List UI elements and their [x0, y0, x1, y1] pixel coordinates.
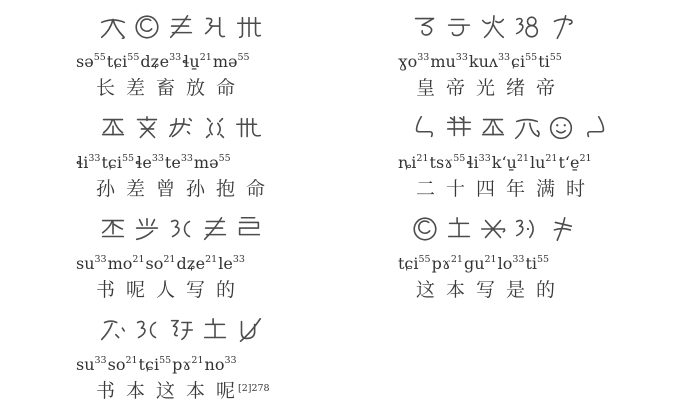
ipa-syllable: ti55: [525, 254, 550, 273]
tone-number: 33: [152, 153, 164, 164]
geba-glyph-row: [398, 210, 673, 244]
tone-number: 55: [550, 52, 562, 63]
ipa-syllable: tɕi55: [101, 153, 135, 172]
geba-glyph-zigzag-curl2: [580, 113, 610, 143]
geba-glyph-smiley: [546, 113, 576, 143]
geba-glyph-gong-riser: [444, 214, 474, 244]
ipa-syllable: gu21: [464, 254, 498, 273]
ipa-syllable: sə55: [76, 52, 107, 71]
ipa-syllable: tɕi55: [107, 52, 141, 71]
chinese-gloss-text: 孙差曾孙抱命: [96, 174, 276, 201]
geba-glyph-triple-stem: [234, 12, 264, 42]
script-entry: su33mo21so21dʑe21le33书呢人写的: [76, 210, 366, 303]
geba-glyph-gong-riser: [200, 315, 230, 345]
ipa-syllable: dʑe33: [140, 52, 182, 71]
tone-number: 33: [233, 254, 245, 265]
chinese-gloss: 长差畜放命: [76, 71, 366, 101]
geba-glyph-zigzag-curl: [410, 113, 440, 143]
tone-number: 33: [181, 153, 193, 164]
script-entry: ɣo33mu33kuʌ33ɕi55ti55皇帝光绪帝: [398, 8, 673, 101]
ipa-transcription: ɣo33mu33kuʌ33ɕi55ti55: [398, 42, 673, 71]
ipa-syllable: te33: [165, 153, 194, 172]
ipa-syllable: kʻu̱21: [492, 153, 530, 172]
column-right: ɣo33mu33kuʌ33ɕi55ti55皇帝光绪帝ȵi21tsɤ55ɬi33k…: [398, 8, 673, 311]
chinese-gloss: 孙差曾孙抱命: [76, 172, 366, 202]
tone-number: 33: [88, 153, 100, 164]
geba-glyph-wan: [166, 315, 196, 345]
ipa-syllable: ɕi55: [511, 52, 538, 71]
tone-number: 55: [219, 153, 231, 164]
tone-number: 21: [200, 52, 212, 63]
geba-glyph-row: [76, 311, 366, 345]
geba-glyph-fire: [478, 12, 508, 42]
script-entry: ȵi21tsɤ55ɬi33kʻu̱21lu21tʻe̱21二十四年满时: [398, 109, 673, 202]
ipa-syllable: le33: [218, 254, 246, 273]
geba-glyph-two-bar-hook: [444, 12, 474, 42]
ipa-transcription: su33mo21so21dʑe21le33: [76, 244, 366, 273]
script-entry: tɕi55pɤ21gu21lo33ti55这本写是的: [398, 210, 673, 303]
ipa-syllable: tɕi55: [398, 254, 432, 273]
tone-number: 21: [205, 254, 217, 265]
geba-glyph-zhong-flag: [546, 12, 576, 42]
ipa-syllable: su33: [76, 355, 108, 374]
geba-glyph-rong: [512, 113, 542, 143]
ipa-transcription: ȵi21tsɤ55ɬi33kʻu̱21lu21tʻe̱21: [398, 143, 673, 172]
geba-glyph-circle-spiral: [410, 214, 440, 244]
tone-number: 21: [485, 254, 497, 265]
geba-glyph-zhong-flag2: [546, 214, 576, 244]
geba-glyph-z-bars: [166, 12, 196, 42]
ipa-syllable: no33: [205, 355, 238, 374]
ipa-syllable: tʻe̱21: [558, 153, 592, 172]
tone-number: 21: [451, 254, 463, 265]
tone-number: 55: [122, 153, 134, 164]
chinese-gloss: 皇帝光绪帝: [398, 71, 673, 101]
script-entry: sə55tɕi55dʑe33ɬu̱21mə55长差畜放命: [76, 8, 366, 101]
geba-glyph-woman-dot: [166, 113, 196, 143]
tone-number: 55: [453, 153, 465, 164]
ipa-syllable: tsɤ55: [430, 153, 467, 172]
geba-glyph-zhi: [478, 113, 508, 143]
geba-glyph-z-bars: [200, 214, 230, 244]
geba-glyph-row: [398, 109, 673, 143]
ipa-syllable: kuʌ33: [469, 52, 511, 71]
geba-glyph-three-c: [132, 315, 162, 345]
tone-number: 21: [163, 254, 175, 265]
tone-number: 33: [224, 355, 236, 366]
tone-number: 21: [191, 355, 203, 366]
geba-glyph-row: [76, 109, 366, 143]
tone-number: 21: [545, 153, 557, 164]
geba-glyph-pi: [98, 214, 128, 244]
geba-glyph-triple-stem-hook: [234, 113, 264, 143]
column-left: sə55tɕi55dʑe33ɬu̱21mə55长差畜放命ɬi33tɕi55ɬe3…: [76, 8, 366, 412]
chinese-gloss: 二十四年满时: [398, 172, 673, 202]
ipa-syllable: lu21: [530, 153, 559, 172]
ipa-syllable: pɤ21: [432, 254, 464, 273]
ipa-syllable: mo21: [108, 254, 146, 273]
tone-number: 55: [419, 254, 431, 265]
tone-number: 33: [498, 52, 510, 63]
chinese-gloss-text: 二十四年满时: [416, 174, 596, 201]
ipa-syllable: mə55: [213, 52, 251, 71]
ipa-transcription: tɕi55pɤ21gu21lo33ti55: [398, 244, 673, 273]
tone-number: 55: [127, 52, 139, 63]
ipa-syllable: ɣo33: [398, 52, 430, 71]
geba-glyph-three-paren: [512, 214, 542, 244]
tone-number: 21: [132, 254, 144, 265]
ipa-syllable: pɤ21: [172, 355, 204, 374]
ipa-syllable: so21: [108, 355, 139, 374]
chinese-gloss-text: 书呢人写的: [96, 275, 246, 302]
tone-number: 55: [537, 254, 549, 265]
script-entry: ɬi33tɕi55ɬe33te33mə55孙差曾孙抱命: [76, 109, 366, 202]
geba-glyph-double-z: [234, 214, 264, 244]
tone-number: 33: [417, 52, 429, 63]
tone-number: 33: [95, 254, 107, 265]
ipa-transcription: ɬi33tɕi55ɬe33te33mə55: [76, 143, 366, 172]
geba-glyph-three-eight: [512, 12, 542, 42]
ipa-syllable: so21: [146, 254, 177, 273]
ipa-syllable: mə55: [194, 153, 232, 172]
tone-number: 33: [479, 153, 491, 164]
chinese-gloss-text: 书本这本呢: [96, 376, 246, 403]
ipa-transcription: su33so21tɕi55pɤ21no33: [76, 345, 366, 374]
geba-glyph-double-grass: [444, 113, 474, 143]
ipa-syllable: tɕi55: [139, 355, 173, 374]
geba-glyph-circle-spiral: [132, 12, 162, 42]
tone-number: 21: [517, 153, 529, 164]
geba-glyph-fu-cursive: [98, 315, 128, 345]
scanned-page: sə55tɕi55dʑe33ɬu̱21mə55长差畜放命ɬi33tɕi55ɬe3…: [0, 0, 679, 420]
script-entry: su33so21tɕi55pɤ21no33书本这本呢[2]278: [76, 311, 366, 404]
geba-glyph-shi-loop: [410, 12, 440, 42]
geba-glyph-jie: [200, 12, 230, 42]
ipa-syllable: ɬe33: [135, 153, 165, 172]
tone-number: 55: [94, 52, 106, 63]
geba-glyph-u-slash: [234, 315, 264, 345]
geba-glyph-row: [398, 8, 673, 42]
geba-glyph-three-c: [166, 214, 196, 244]
ipa-syllable: ti55: [538, 52, 563, 71]
geba-glyph-row: [76, 8, 366, 42]
chinese-gloss: 这本写是的: [398, 273, 673, 303]
tone-number: 33: [95, 355, 107, 366]
tone-number: 33: [456, 52, 468, 63]
ipa-syllable: ɬi33: [466, 153, 491, 172]
ipa-syllable: dʑe21: [176, 254, 218, 273]
ipa-syllable: mu33: [430, 52, 469, 71]
tone-number: 21: [416, 153, 428, 164]
tone-number: 33: [169, 52, 181, 63]
geba-glyph-crosshatch: [132, 113, 162, 143]
chinese-gloss-text: 这本写是的: [416, 275, 566, 302]
tone-number: 55: [237, 52, 249, 63]
ipa-transcription: sə55tɕi55dʑe33ɬu̱21mə55: [76, 42, 366, 71]
ipa-syllable: ȵi21: [398, 153, 430, 172]
tone-number: 33: [512, 254, 524, 265]
ipa-syllable: lo33: [498, 254, 526, 273]
chinese-gloss: 书本这本呢[2]278: [76, 374, 366, 404]
chinese-gloss: 书呢人写的: [76, 273, 366, 303]
geba-glyph-sparks: [200, 113, 230, 143]
geba-glyph-zhi: [98, 113, 128, 143]
chinese-gloss-text: 皇帝光绪帝: [416, 73, 566, 100]
geba-glyph-big-man: [98, 12, 128, 42]
ipa-syllable: ɬu̱21: [182, 52, 213, 71]
tone-number: 21: [579, 153, 591, 164]
tone-number: 55: [525, 52, 537, 63]
geba-glyph-row: [76, 210, 366, 244]
ipa-syllable: ɬi33: [76, 153, 101, 172]
ipa-syllable: su33: [76, 254, 108, 273]
chinese-gloss-text: 长差畜放命: [96, 73, 246, 100]
tone-number: 21: [125, 355, 137, 366]
geba-glyph-rice: [478, 214, 508, 244]
tone-number: 55: [159, 355, 171, 366]
geba-glyph-dang: [132, 214, 162, 244]
